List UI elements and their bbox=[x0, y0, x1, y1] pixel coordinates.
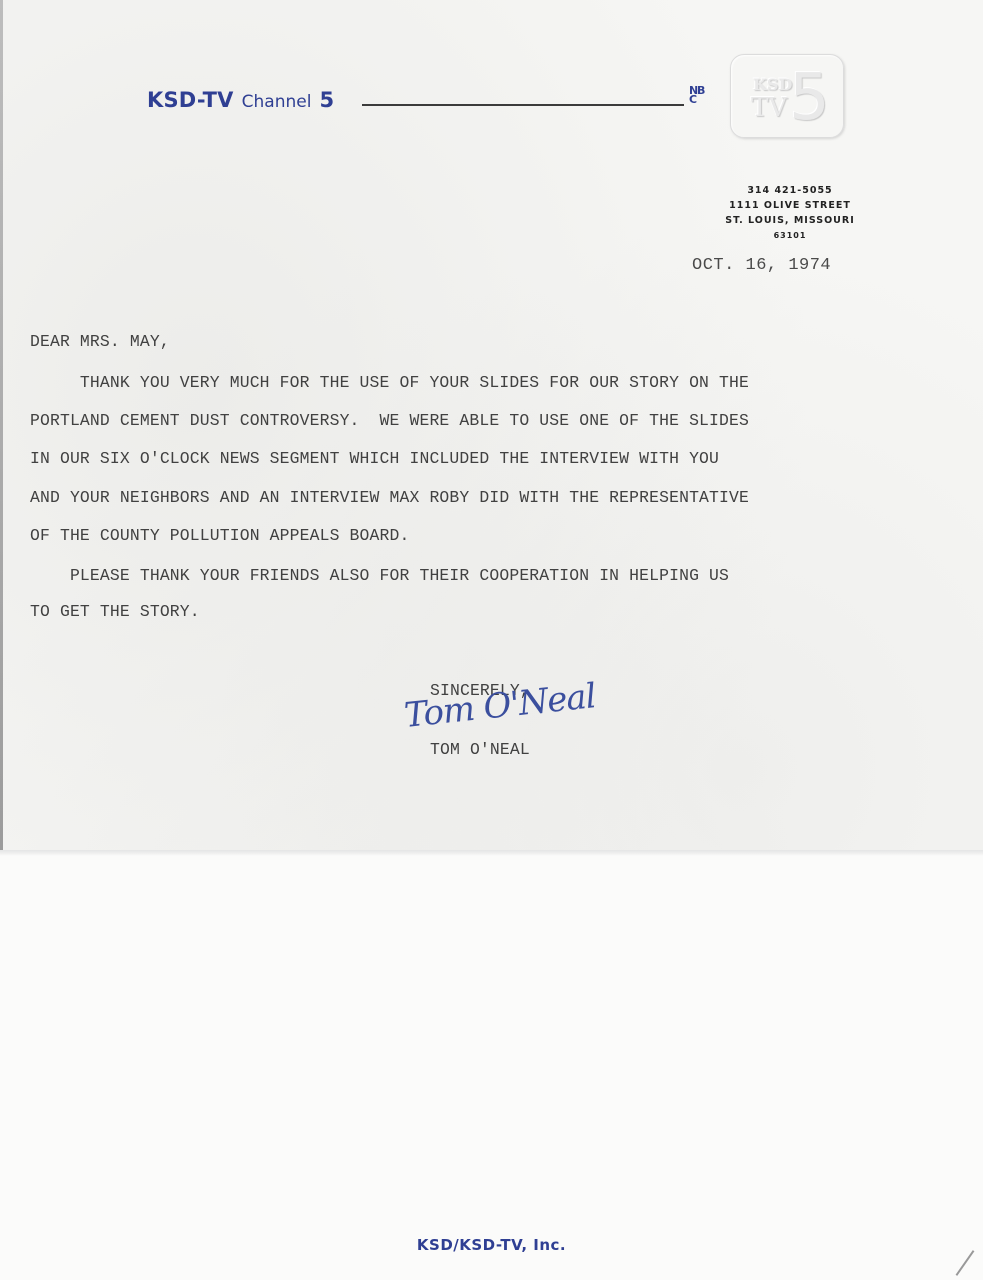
emboss-5: 5 bbox=[789, 61, 830, 135]
channel-number: 5 bbox=[319, 88, 334, 112]
letterhead-title: KSD-TV Channel 5 bbox=[147, 88, 334, 118]
footer-company: KSD/KSD-TV, Inc. bbox=[0, 1236, 983, 1254]
fold-line bbox=[0, 850, 983, 856]
station-address: 314 421-5055 1111 OLIVE STREET ST. LOUIS… bbox=[700, 183, 880, 243]
letterhead-rule bbox=[362, 104, 684, 106]
emboss-ksd: KSD bbox=[753, 75, 792, 94]
city-state: ST. LOUIS, MISSOURI bbox=[700, 213, 880, 228]
phone-number: 314 421-5055 bbox=[700, 183, 880, 198]
channel-label: Channel bbox=[242, 92, 312, 112]
emboss-tv: TV bbox=[751, 93, 787, 123]
signer-name: TOM O'NEAL bbox=[430, 740, 530, 759]
body-line: PORTLAND CEMENT DUST CONTROVERSY. WE WER… bbox=[30, 411, 749, 430]
body-line: PLEASE THANK YOUR FRIENDS ALSO FOR THEIR… bbox=[30, 566, 729, 585]
station-name: KSD-TV bbox=[147, 88, 234, 112]
body-line: TO GET THE STORY. bbox=[30, 602, 200, 621]
salutation: DEAR MRS. MAY, bbox=[30, 332, 170, 351]
street-address: 1111 OLIVE STREET bbox=[700, 198, 880, 213]
zip-code: 63101 bbox=[700, 228, 880, 243]
body-line: IN OUR SIX O'CLOCK NEWS SEGMENT WHICH IN… bbox=[30, 449, 719, 468]
letter-date: OCT. 16, 1974 bbox=[692, 256, 831, 275]
body-line: AND YOUR NEIGHBORS AND AN INTERVIEW MAX … bbox=[30, 488, 749, 507]
nbc-logo-icon: N B C bbox=[689, 86, 715, 110]
lower-panel bbox=[0, 856, 983, 1280]
embossed-ksd-tv5-logo: KSD TV 5 bbox=[730, 54, 844, 138]
body-line: OF THE COUNTY POLLUTION APPEALS BOARD. bbox=[30, 526, 409, 545]
nbc-letter-b: B bbox=[697, 86, 715, 95]
body-line: THANK YOU VERY MUCH FOR THE USE OF YOUR … bbox=[30, 373, 749, 392]
